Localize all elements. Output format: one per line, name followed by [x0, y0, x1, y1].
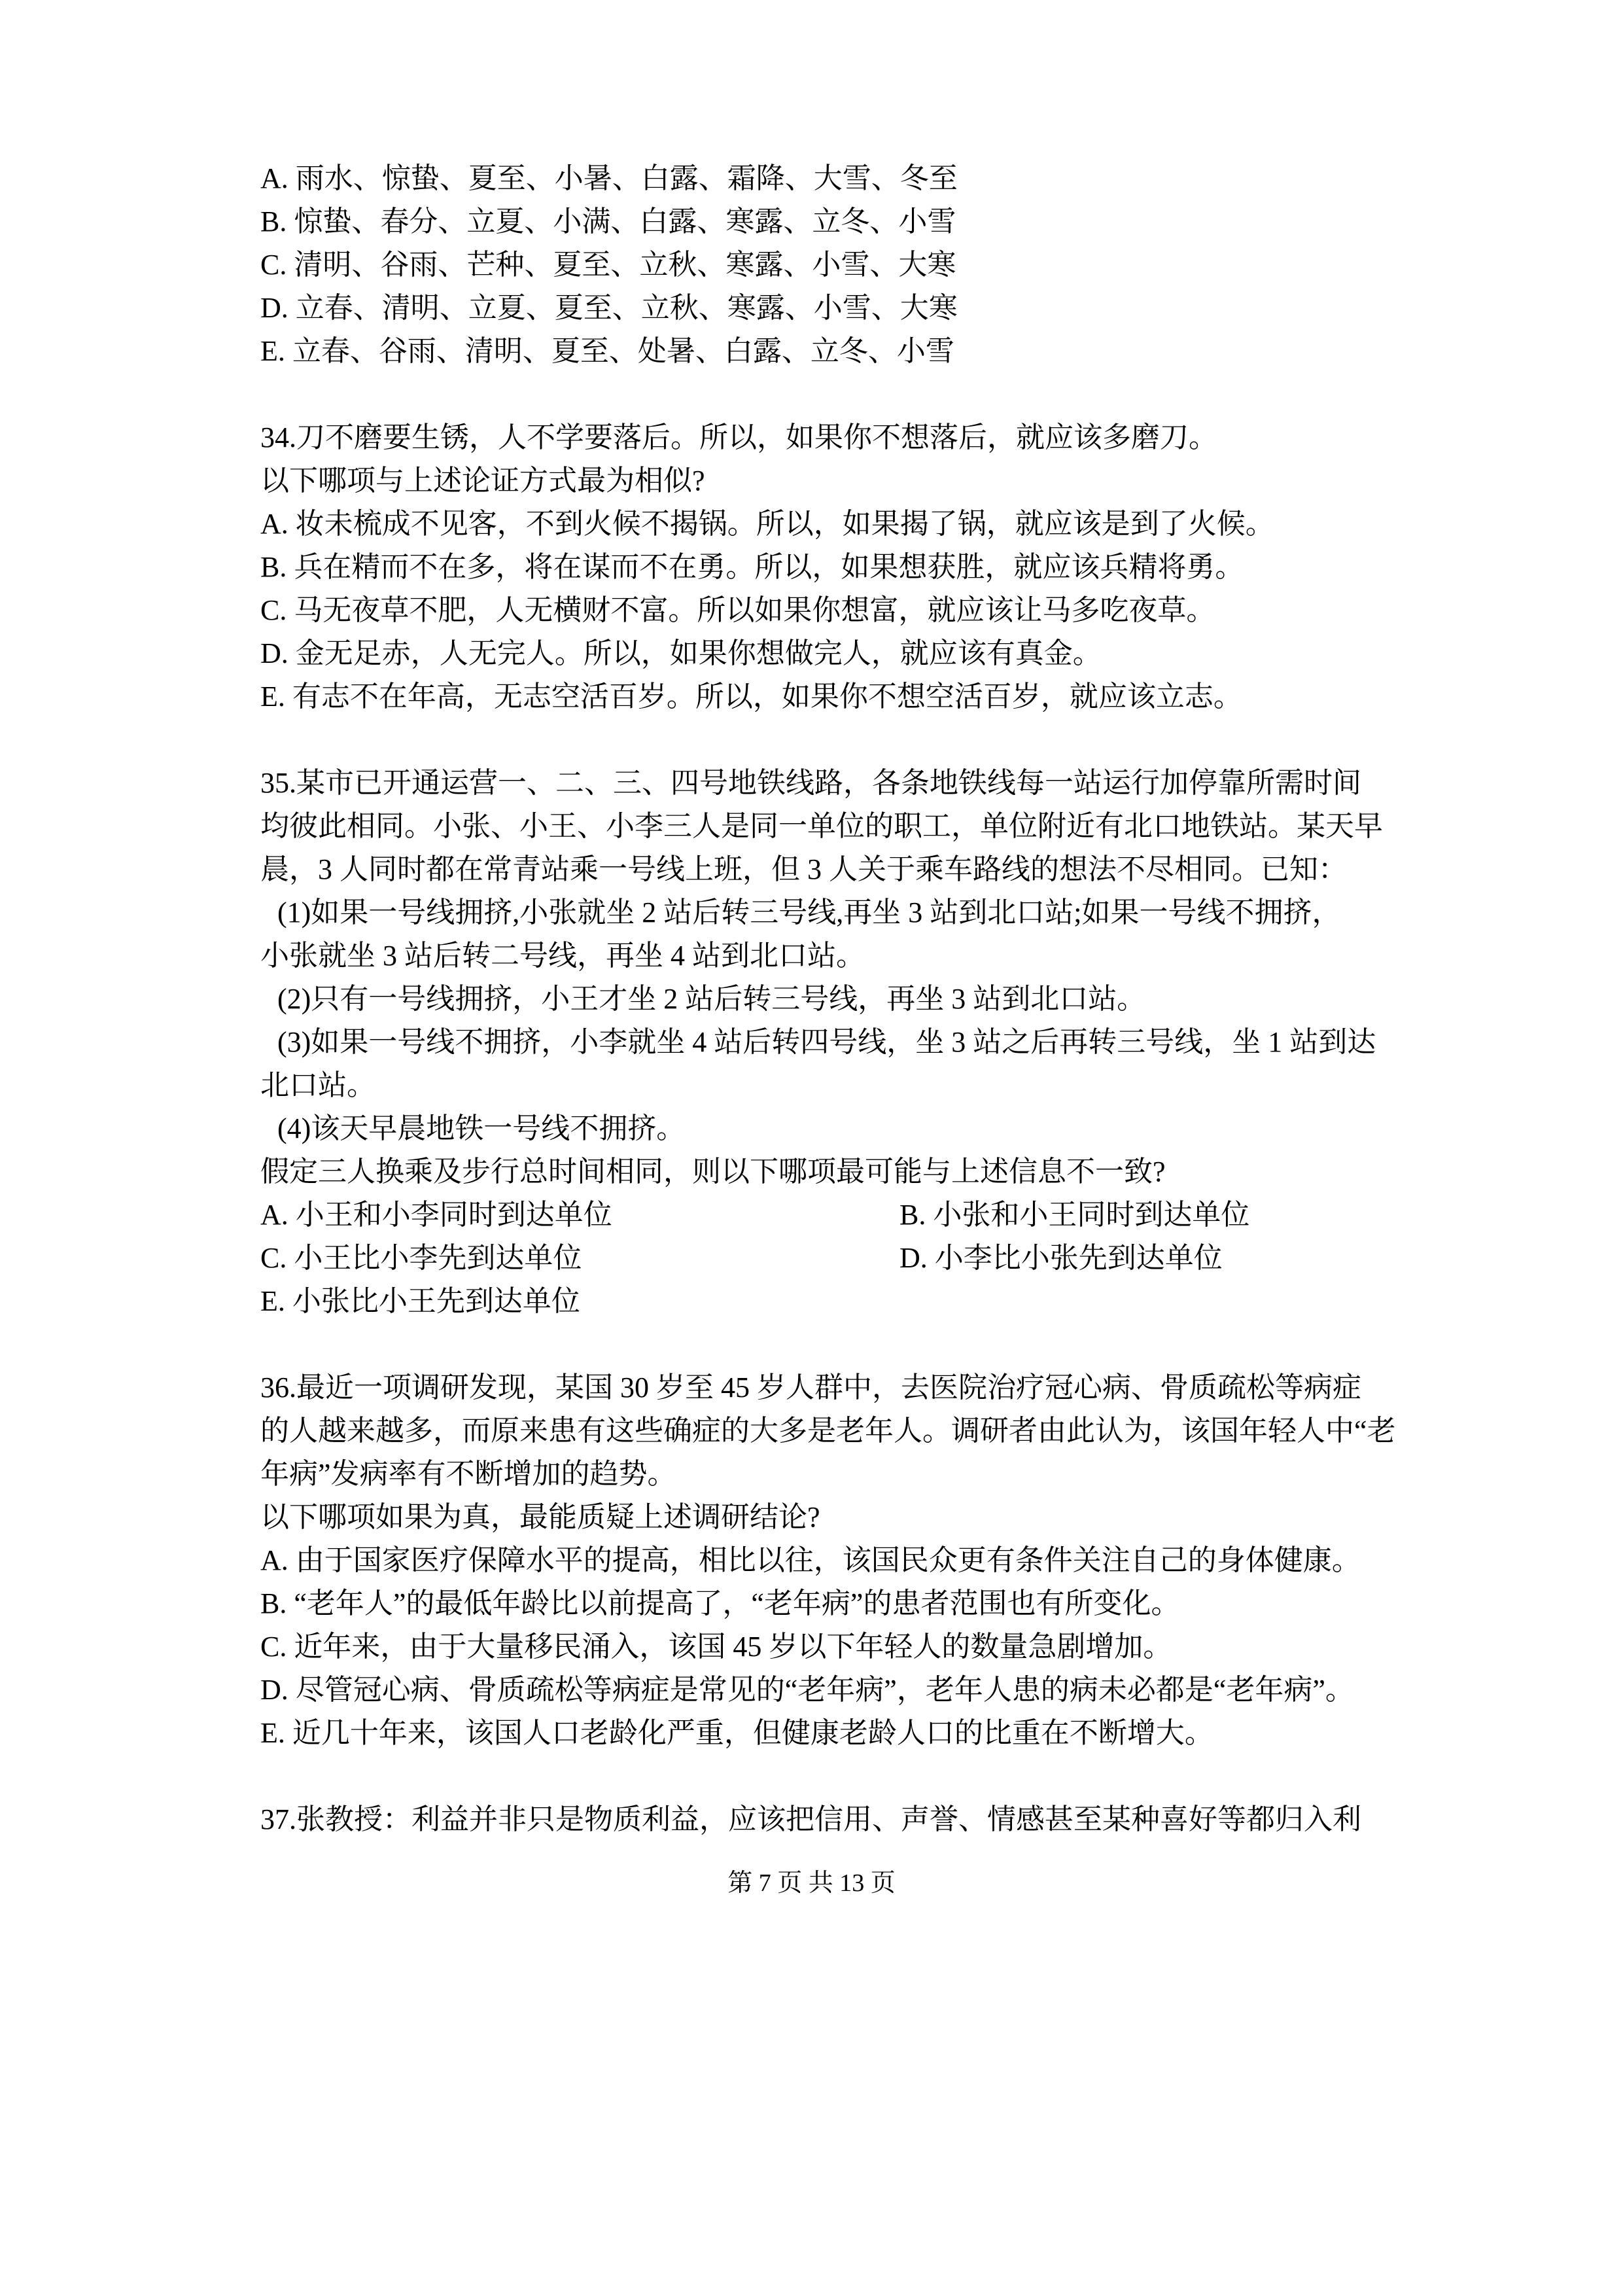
q35-option-a: A. 小王和小李同时到达单位	[260, 1193, 899, 1237]
q34-stem: 34.刀不磨要生锈，人不学要落后。所以，如果你不想落后，就应该多磨刀。	[260, 416, 1444, 459]
q36-option-c: C. 近年来，由于大量移民涌入，该国 45 岁以下年轻人的数量急剧增加。	[260, 1625, 1444, 1669]
q35-option-d: D. 小李比小张先到达单位	[899, 1242, 1223, 1274]
q33-option-a: A. 雨水、惊蛰、夏至、小暑、白露、霜降、大雪、冬至	[260, 157, 1444, 200]
q36-option-e: E. 近几十年来，该国人口老龄化严重，但健康老龄人口的比重在不断增大。	[260, 1712, 1444, 1755]
q33-option-d: D. 立春、清明、立夏、夏至、立秋、寒露、小雪、大寒	[260, 287, 1444, 330]
q34-option-a: A. 妆未梳成不见客，不到火候不揭锅。所以，如果揭了锅，就应该是到了火候。	[260, 503, 1444, 546]
q36-option-a: A. 由于国家医疗保障水平的提高，相比以往，该国民众更有条件关注自己的身体健康。	[260, 1539, 1444, 1582]
q35-stem-line-2: 均彼此相同。小张、小王、小李三人是同一单位的职工，单位附近有北口地铁站。某天早	[260, 805, 1444, 848]
q35-stem-line-3: 晨，3 人同时都在常青站乘一号线上班，但 3 人关于乘车路线的想法不尽相同。已知…	[260, 848, 1444, 891]
q34-option-c: C. 马无夜草不肥，人无横财不富。所以如果你想富，就应该让马多吃夜草。	[260, 589, 1444, 632]
q35-options-row-1: A. 小王和小李同时到达单位B. 小张和小王同时到达单位	[260, 1193, 1444, 1237]
q36-option-b: B. “老年人”的最低年龄比以前提高了，“老年病”的患者范围也有所变化。	[260, 1582, 1444, 1625]
q35-option-b: B. 小张和小王同时到达单位	[899, 1199, 1249, 1231]
q34-option-d: D. 金无足赤，人无完人。所以，如果你想做完人，就应该有真金。	[260, 632, 1444, 675]
question-35: 35.某市已开通运营一、二、三、四号地铁线路，各条地铁线每一站运行加停靠所需时间…	[260, 762, 1444, 1323]
question-34: 34.刀不磨要生锈，人不学要落后。所以，如果你不想落后，就应该多磨刀。 以下哪项…	[260, 416, 1444, 718]
q35-option-c: C. 小王比小李先到达单位	[260, 1237, 899, 1280]
q36-stem-line-3: 年病”发病率有不断增加的趋势。	[260, 1453, 1444, 1496]
q33-option-b: B. 惊蛰、春分、立夏、小满、白露、寒露、立冬、小雪	[260, 200, 1444, 243]
q34-prompt: 以下哪项与上述论证方式最为相似?	[260, 459, 1444, 503]
q33-option-e: E. 立春、谷雨、清明、夏至、处暑、白露、立冬、小雪	[260, 330, 1444, 373]
q35-condition-1-line-2: 小张就坐 3 站后转二号线，再坐 4 站到北口站。	[260, 934, 1444, 978]
page-content: A. 雨水、惊蛰、夏至、小暑、白露、霜降、大雪、冬至 B. 惊蛰、春分、立夏、小…	[260, 157, 1444, 1841]
q37-stem: 37.张教授：利益并非只是物质利益，应该把信用、声誉、情感甚至某种喜好等都归入利	[260, 1798, 1444, 1841]
q35-condition-4: (4)该天早晨地铁一号线不拥挤。	[260, 1107, 1444, 1150]
q35-stem-line-1: 35.某市已开通运营一、二、三、四号地铁线路，各条地铁线每一站运行加停靠所需时间	[260, 762, 1444, 805]
q34-option-e: E. 有志不在年高，无志空活百岁。所以，如果你不想空活百岁，就应该立志。	[260, 675, 1444, 718]
q35-option-e: E. 小张比小王先到达单位	[260, 1280, 1444, 1323]
q36-stem-line-2: 的人越来越多，而原来患有这些确症的大多是老年人。调研者由此认为，该国年轻人中“老	[260, 1409, 1444, 1453]
question-37: 37.张教授：利益并非只是物质利益，应该把信用、声誉、情感甚至某种喜好等都归入利	[260, 1798, 1444, 1841]
q35-condition-2: (2)只有一号线拥挤，小王才坐 2 站后转三号线，再坐 3 站到北口站。	[260, 978, 1444, 1021]
exam-page: A. 雨水、惊蛰、夏至、小暑、白露、霜降、大雪、冬至 B. 惊蛰、春分、立夏、小…	[0, 0, 1623, 2296]
q35-prompt: 假定三人换乘及步行总时间相同，则以下哪项最可能与上述信息不一致?	[260, 1150, 1444, 1193]
question-36: 36.最近一项调研发现，某国 30 岁至 45 岁人群中，去医院治疗冠心病、骨质…	[260, 1366, 1444, 1755]
question-33-options: A. 雨水、惊蛰、夏至、小暑、白露、霜降、大雪、冬至 B. 惊蛰、春分、立夏、小…	[260, 157, 1444, 373]
page-footer: 第 7 页 共 13 页	[0, 1862, 1623, 1905]
q35-condition-3-line-2: 北口站。	[260, 1064, 1444, 1107]
q36-option-d: D. 尽管冠心病、骨质疏松等病症是常见的“老年病”，老年人患的病未必都是“老年病…	[260, 1669, 1444, 1712]
q36-prompt: 以下哪项如果为真，最能质疑上述调研结论?	[260, 1496, 1444, 1539]
q34-option-b: B. 兵在精而不在多，将在谋而不在勇。所以，如果想获胜，就应该兵精将勇。	[260, 546, 1444, 589]
q33-option-c: C. 清明、谷雨、芒种、夏至、立秋、寒露、小雪、大寒	[260, 243, 1444, 287]
q35-options-row-2: C. 小王比小李先到达单位D. 小李比小张先到达单位	[260, 1237, 1444, 1280]
q35-condition-3-line-1: (3)如果一号线不拥挤，小李就坐 4 站后转四号线，坐 3 站之后再转三号线，坐…	[260, 1021, 1444, 1064]
q35-condition-1-line-1: (1)如果一号线拥挤,小张就坐 2 站后转三号线,再坐 3 站到北口站;如果一号…	[260, 891, 1444, 934]
q36-stem-line-1: 36.最近一项调研发现，某国 30 岁至 45 岁人群中，去医院治疗冠心病、骨质…	[260, 1366, 1444, 1409]
